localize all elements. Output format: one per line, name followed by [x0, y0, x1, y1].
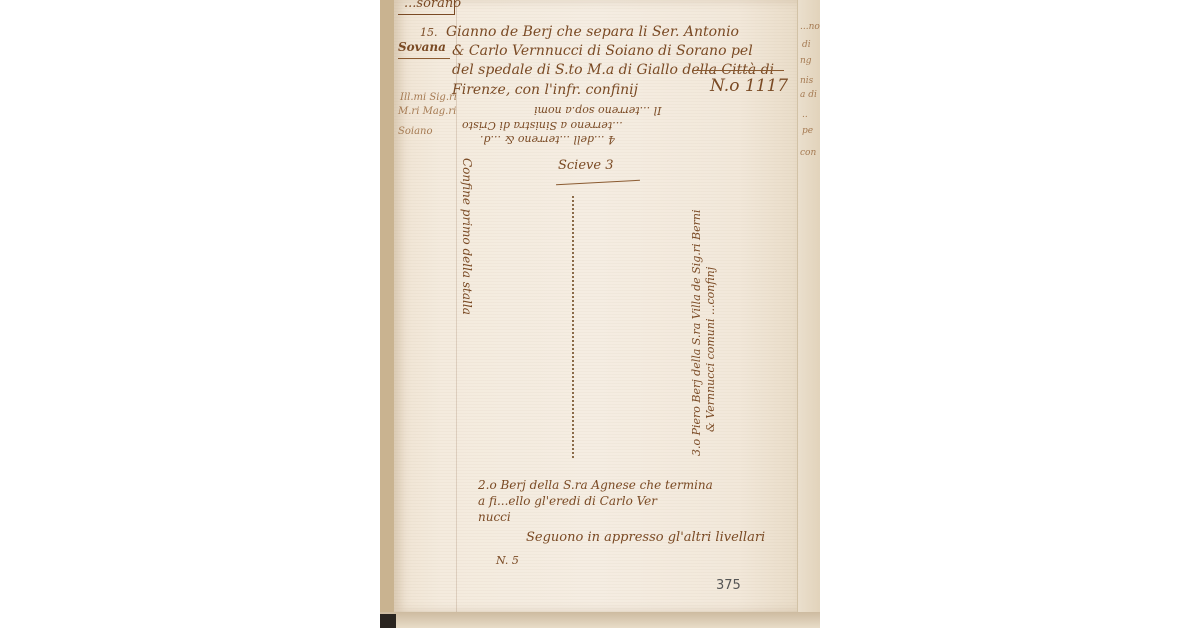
center-rule [556, 180, 640, 185]
fragment-8: con [800, 148, 816, 159]
fragment-1: ...no [800, 22, 820, 33]
closing-line: Seguono in appresso gl'altri livellari [526, 530, 765, 546]
margin-note-1: Ill.mi Sig.ri [400, 92, 457, 104]
fragment-5: a di [800, 90, 817, 101]
header-rule [692, 70, 784, 71]
record-number: N.o 1117 [710, 76, 788, 96]
header-line-2: & Carlo Vernnucci di Soiano di Sorano pe… [452, 43, 753, 60]
margin-name: Sovana [398, 40, 446, 54]
margin-note-3: Soiano [398, 126, 433, 138]
inverted-line-1: Il ...terreno sop.a nomi [534, 104, 662, 117]
dotted-boundary [572, 196, 576, 458]
closing-mark: N. 5 [496, 554, 519, 567]
bottom-line-1: 2.o Berj della S.ra Agnese che termina [478, 478, 713, 492]
header-line-4: Firenze, con l'infr. confinij [452, 82, 638, 99]
scan-corner [380, 614, 396, 628]
inverted-line-2: ...terreno a Sinistra di Cristo [462, 119, 623, 132]
right-vertical-line-2: & Vernnucci comuni ...confinj [704, 267, 717, 432]
margin-note-2: M.ri Mag.ri [398, 106, 456, 118]
fragment-4: nis [800, 76, 813, 87]
page-bottom-edge [380, 612, 820, 628]
folio-number: 375 [716, 578, 741, 593]
fragment-3: ng [800, 56, 812, 67]
fragment-6: .. [802, 110, 808, 121]
margin-underline [398, 58, 450, 59]
inverted-line-3: 4 ...dell ...terreno & ...d. [480, 133, 615, 146]
manuscript-page: ...sorano 15. Sovana Gianno de Berj che … [394, 0, 798, 614]
bottom-line-3: nucci [478, 510, 511, 524]
fragment-7: pe [802, 126, 813, 137]
fragment-2: di [802, 40, 811, 51]
margin-number: 15. [420, 26, 438, 39]
adjacent-page-edge: ...no di ng nis a di .. pe con [797, 0, 820, 628]
center-label: Scieve 3 [558, 158, 613, 174]
header-line-1: Gianno de Berj che separa li Ser. Antoni… [446, 24, 739, 41]
manuscript-scan: ...sorano 15. Sovana Gianno de Berj che … [380, 0, 820, 628]
left-vertical-text: Confine primo della stalla [460, 158, 474, 315]
margin-box-top [398, 0, 455, 15]
bottom-line-2: a fi...ello gl'eredi di Carlo Ver [478, 494, 657, 508]
right-vertical-line-1: 3.o Piero Berj della S.ra Villa de Sig.r… [690, 209, 703, 456]
binding-edge [380, 0, 394, 628]
